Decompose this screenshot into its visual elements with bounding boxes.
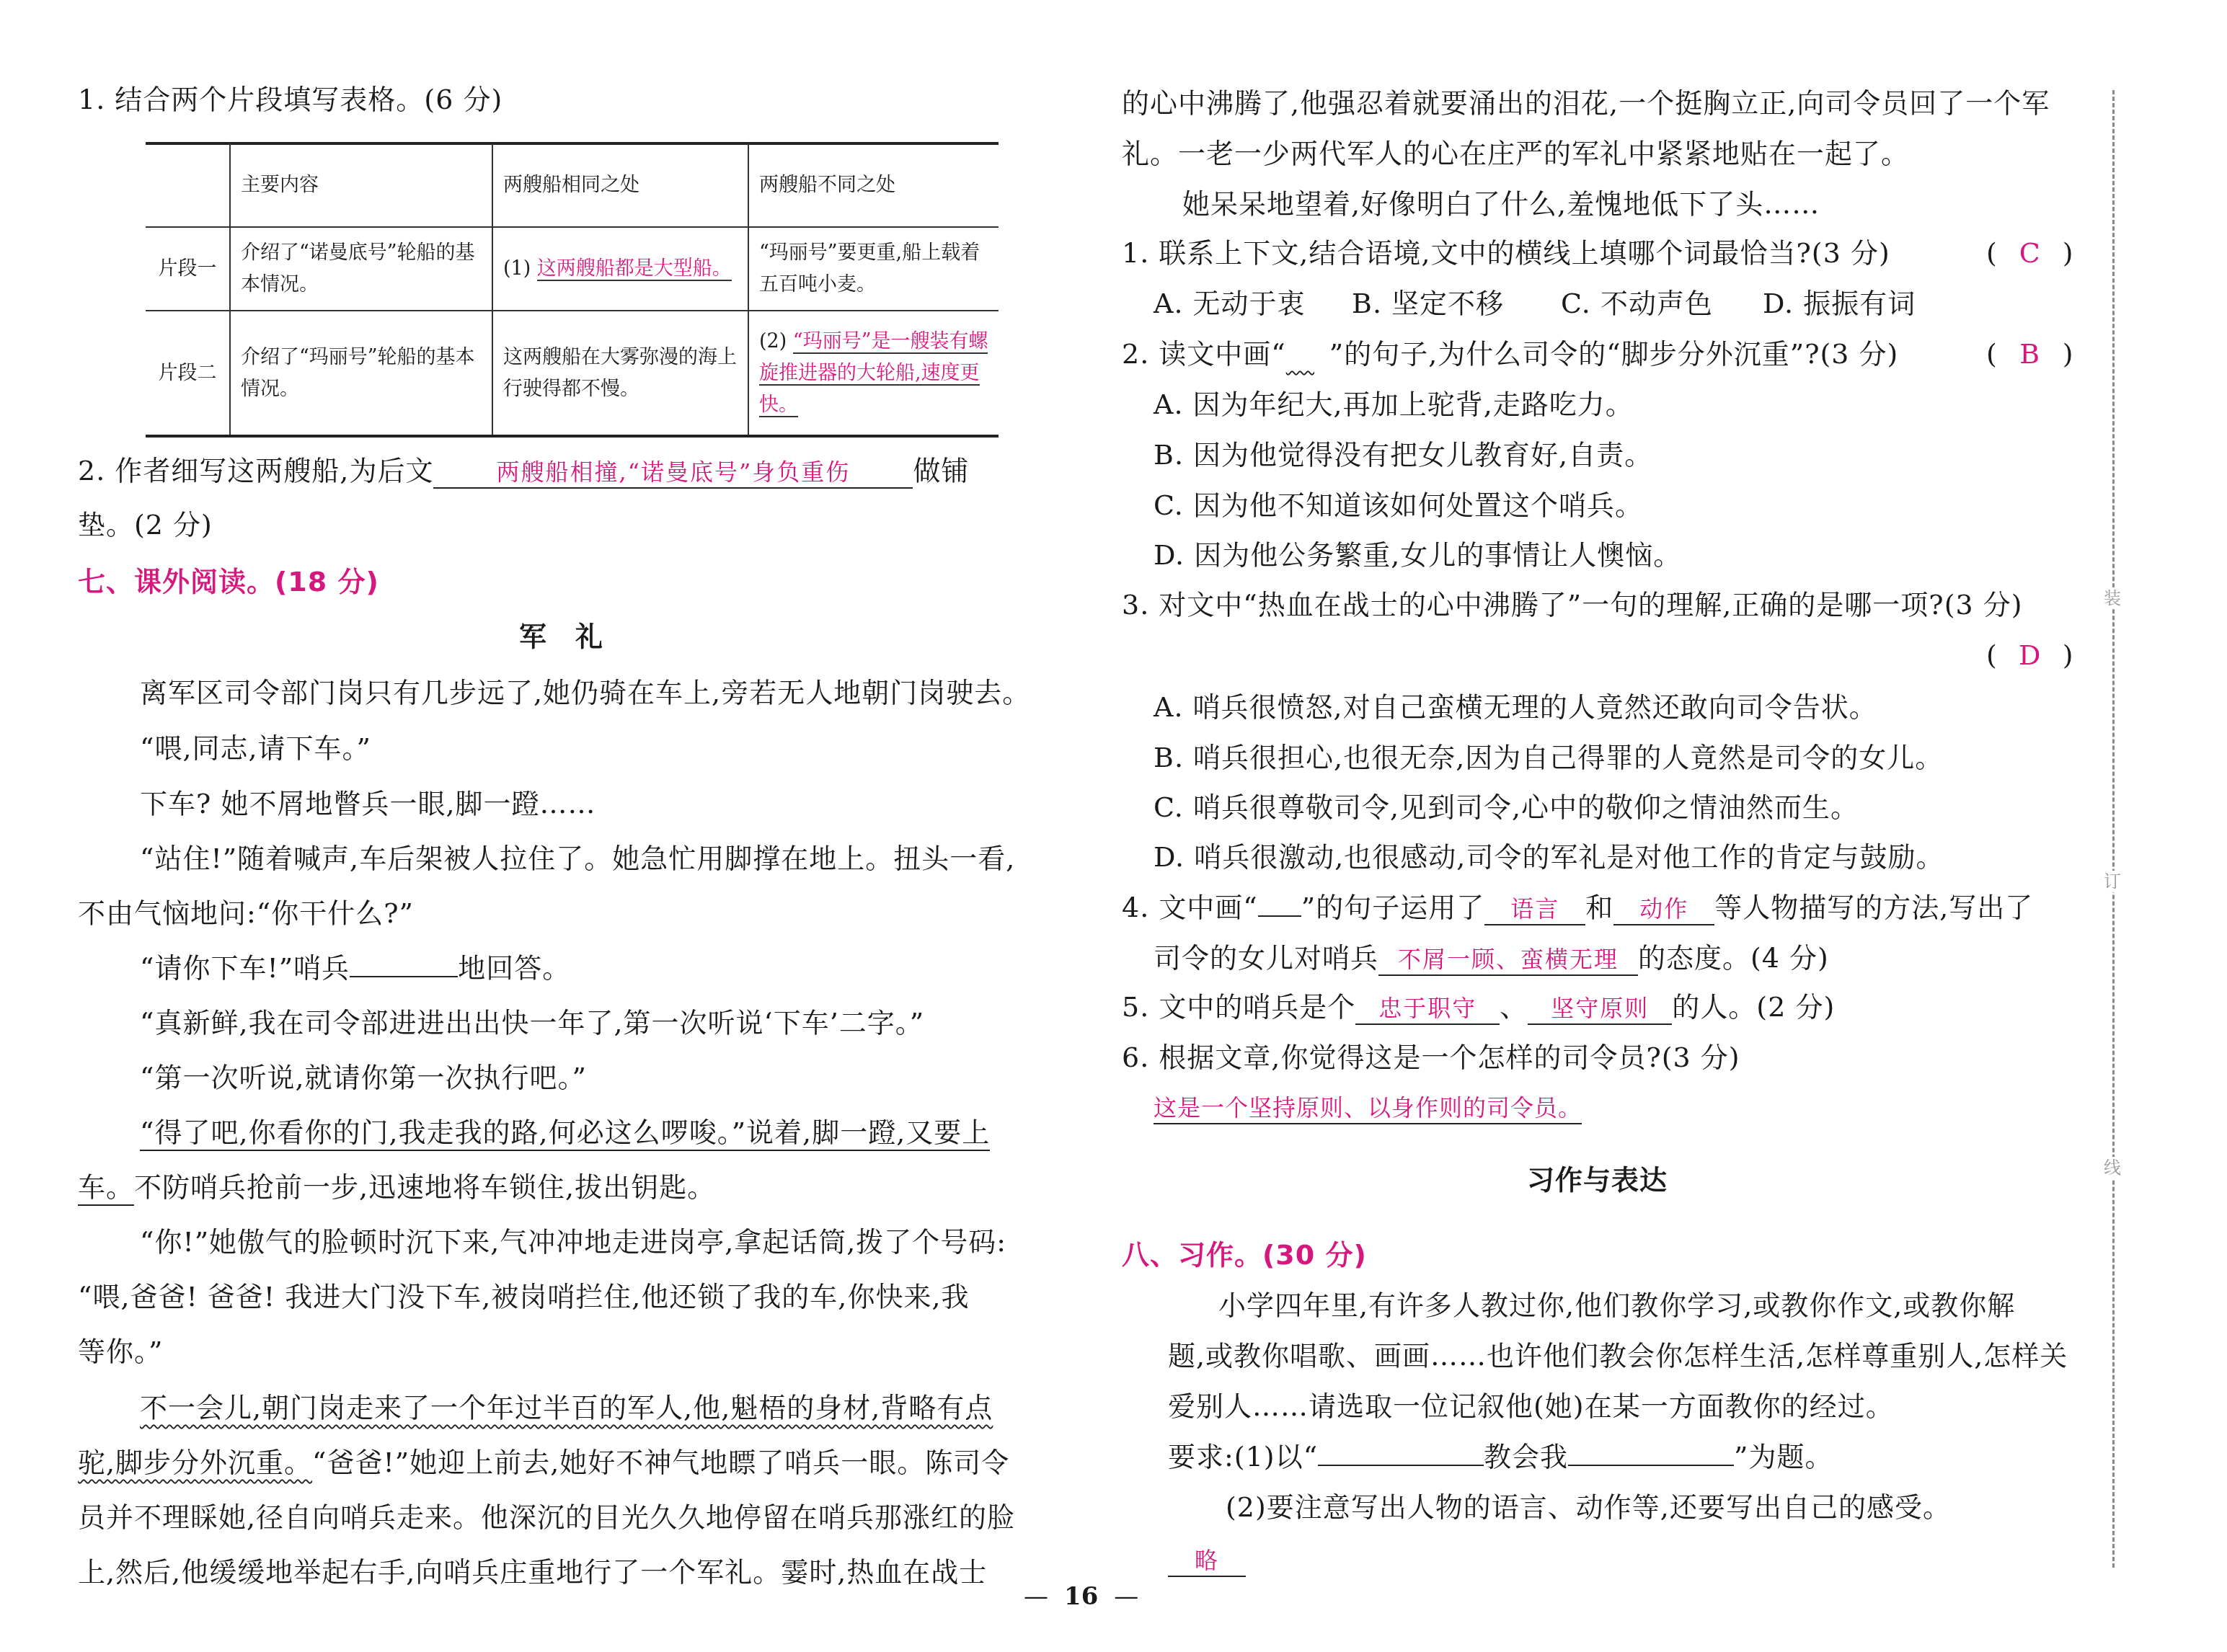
story-continued: 她呆呆地望着,好像明白了什么,羞愧地低下了头…… bbox=[1182, 186, 1820, 222]
option: C. 哨兵很尊敬司令,见到司令,心中的敬仰之情油然而生。 bbox=[1154, 789, 1859, 825]
rq4-text: 和 bbox=[1585, 892, 1613, 923]
answer-same: 这两艘船都是大型船。 bbox=[537, 257, 732, 281]
row-label: 片段一 bbox=[146, 227, 230, 311]
story-paragraph: 离军区司令部门岗只有几步远了,她仍骑在车上,旁若无人地朝门岗驶去。 bbox=[140, 675, 1030, 711]
writing-answer-line: 略 bbox=[1168, 1541, 1246, 1577]
table-header-cell bbox=[146, 143, 230, 227]
margin-char: 装 bbox=[2104, 587, 2121, 609]
rq4-text: 4. 文中画“ bbox=[1122, 892, 1258, 923]
comparison-table: 主要内容 两艘船相同之处 两艘船不同之处 片段一 介绍了“诺曼底号”轮船的基本情… bbox=[146, 143, 999, 438]
story-paragraph: “喂,同志,请下车。” bbox=[140, 730, 371, 766]
req-text: 要求:(1)以“ bbox=[1168, 1441, 1318, 1473]
row-same: (1) 这两艘船都是大型船。 bbox=[492, 227, 748, 311]
answer-diff: “玛丽号”是一艘装有螺旋推进器的大轮船,速度更快。 bbox=[759, 330, 988, 417]
story-title: 军 礼 bbox=[519, 618, 603, 654]
table-header-row: 主要内容 两艘船相同之处 两艘船不同之处 bbox=[146, 143, 999, 227]
story-text: 不防哨兵抢前一步,迅速地将车锁住,拔出钥匙。 bbox=[134, 1171, 715, 1203]
writing-body: 小学四年里,有许多人教过你,他们教你学习,或教你作文,或教你解 bbox=[1218, 1287, 2015, 1323]
q2-answer-blank: 两艘船相撞,“诺曼底号”身负重伤 bbox=[433, 456, 913, 489]
story-text: “爸爸!”她迎上前去,她好不神气地瞟了哨兵一眼。陈司令 bbox=[312, 1447, 1009, 1478]
rq2-text: 2. 读文中画“ bbox=[1122, 338, 1286, 370]
rq4-text: ”的句子运用了 bbox=[1301, 892, 1484, 923]
wavy-mark-icon bbox=[1286, 336, 1329, 372]
q1-prompt: 1. 结合两个片段填写表格。(6 分) bbox=[78, 81, 502, 117]
rq5-answer-1: 忠于职守 bbox=[1378, 995, 1476, 1022]
story-text: “请你下车!”哨兵 bbox=[140, 952, 350, 984]
option: B. 哨兵很担心,也很无奈,因为自己得罪的人竟然是司令的女儿。 bbox=[1154, 740, 1943, 776]
rq4-text: 司令的女儿对哨兵 bbox=[1154, 942, 1378, 974]
q2-text-after: 做铺 bbox=[913, 455, 969, 487]
rq1-prompt: 1. 联系上下文,结合语境,文中的横线上填哪个词最恰当?(3 分) bbox=[1122, 235, 1890, 271]
rq4-blank-1: 语言 bbox=[1484, 892, 1585, 925]
option: C. 因为他不知道该如何处置这个哨兵。 bbox=[1154, 487, 1643, 523]
margin-char: 订 bbox=[2104, 871, 2121, 892]
answer-prefix: (2) bbox=[759, 330, 787, 352]
rq4-blank-3: 不屑一顾、蛮横无理 bbox=[1378, 943, 1638, 976]
story-underlined-line: “得了吧,你看你的门,我走我的路,何必这么啰唆。”说着,脚一蹬,又要上 bbox=[140, 1114, 990, 1150]
rq5-sep: 、 bbox=[1500, 991, 1528, 1023]
fill-blank[interactable] bbox=[350, 976, 458, 977]
rq1-answer-box: (C) bbox=[1986, 235, 2074, 271]
footer-dash: — bbox=[1114, 1582, 1138, 1611]
footer-dash: — bbox=[1024, 1582, 1048, 1611]
rq4-text: 的态度。(4 分) bbox=[1638, 942, 1829, 974]
story-paragraph: 不由气恼地问:“你干什么?” bbox=[78, 895, 414, 931]
section-8-heading: 八、习作。(30 分) bbox=[1122, 1237, 1367, 1273]
row-same: 这两艘船在大雾弥漫的海上行驶得都不慢。 bbox=[492, 311, 748, 436]
story-paragraph: 等你。” bbox=[78, 1333, 163, 1369]
option: A. 因为年纪大,再加上驼背,走路吃力。 bbox=[1154, 386, 1634, 422]
story-blank-line: “请你下车!”哨兵地回答。 bbox=[140, 950, 570, 986]
rq5-blank-2: 坚守原则 bbox=[1528, 992, 1672, 1025]
rq4-line2: 司令的女儿对哨兵不屑一顾、蛮横无理的态度。(4 分) bbox=[1154, 940, 1829, 976]
option: A. 无动于衷 bbox=[1154, 285, 1352, 321]
row-label: 片段二 bbox=[146, 311, 230, 436]
rq3-answer: D bbox=[1998, 637, 2063, 673]
writing-req2: (2)要注意写出人物的语言、动作等,还要写出自己的感受。 bbox=[1226, 1489, 1951, 1525]
option: B. 坚定不移 bbox=[1352, 285, 1561, 321]
rq4-answer-2: 动作 bbox=[1639, 895, 1688, 923]
answer-prefix: (1) bbox=[503, 257, 531, 280]
rq5-text: 的人。(2 分) bbox=[1672, 991, 1835, 1023]
writing-body: 题,或教你唱歌、画画……也许他们教会你怎样生活,怎样尊重别人,怎样关 bbox=[1168, 1338, 2068, 1374]
rq3-prompt: 3. 对文中“热血在战士的心中沸腾了”一句的理解,正确的是哪一项?(3 分) bbox=[1122, 587, 2023, 623]
option: D. 振振有词 bbox=[1763, 288, 1916, 319]
rq2-text: ”的句子,为什么司令的“脚步分外沉重”?(3 分) bbox=[1329, 338, 1899, 370]
option: A. 哨兵很愤怒,对自己蛮横无理的人竟然还敢向司令告状。 bbox=[1154, 689, 1877, 725]
story-paragraph: “第一次听说,就请你第一次执行吧。” bbox=[140, 1060, 587, 1096]
rq4-blank-2: 动作 bbox=[1613, 892, 1714, 925]
table-header-cell: 两艘船相同之处 bbox=[492, 143, 748, 227]
section-7-heading: 七、课外阅读。(18 分) bbox=[78, 564, 379, 600]
q2-line: 2. 作者细写这两艘船,为后文两艘船相撞,“诺曼底号”身负重伤做铺 bbox=[78, 453, 969, 489]
wavy-sentence-end: 驼,脚步分外沉重。 bbox=[78, 1447, 312, 1478]
rq1-options: A. 无动于衷B. 坚定不移C. 不动声色D. 振振有词 bbox=[1154, 285, 1916, 321]
option: D. 哨兵很激动,也很感动,司令的军礼是对他工作的肯定与鼓励。 bbox=[1154, 839, 1944, 875]
binding-dashed-line bbox=[2112, 90, 2115, 1568]
table-header-cell: 主要内容 bbox=[230, 143, 492, 227]
underline-mark-icon bbox=[1258, 915, 1301, 917]
rq5-text: 5. 文中的哨兵是个 bbox=[1122, 991, 1355, 1023]
rq2-answer: B bbox=[1998, 336, 2063, 372]
page-number: 16 bbox=[1064, 1582, 1098, 1611]
rq4-text: 等人物描写的方法,写出了 bbox=[1714, 892, 2033, 923]
req-text: ”为题。 bbox=[1734, 1441, 1833, 1473]
title-blank-2[interactable] bbox=[1568, 1465, 1734, 1466]
option: C. 不动声色 bbox=[1561, 285, 1763, 321]
rq1-answer: C bbox=[1998, 235, 2063, 271]
story-continued: 礼。一老一少两代军人的心在庄严的军礼中紧紧地贴在一起了。 bbox=[1122, 136, 1909, 172]
story-line: 驼,脚步分外沉重。“爸爸!”她迎上前去,她好不神气地瞟了哨兵一眼。陈司令 bbox=[78, 1444, 1009, 1480]
story-paragraph: “喂,爸爸! 爸爸! 我进大门没下车,被岗哨拦住,他还锁了我的车,你快来,我 bbox=[78, 1279, 970, 1315]
story-paragraph: 员并不理睬她,径自向哨兵走来。他深沉的目光久久地停留在哨兵那涨红的脸 bbox=[78, 1499, 1015, 1535]
rq4-answer-3: 不屑一顾、蛮横无理 bbox=[1398, 946, 1619, 973]
row-content: 介绍了“玛丽号”轮船的基本情况。 bbox=[230, 311, 492, 436]
option: D. 因为他公务繁重,女儿的事情让人懊恼。 bbox=[1154, 537, 1681, 573]
q2-answer: 两艘船相撞,“诺曼底号”身负重伤 bbox=[496, 458, 850, 486]
title-blank-1[interactable] bbox=[1318, 1465, 1484, 1466]
wavy-sentence: 不一会儿,朝门岗走来了一个年过半百的军人,他,魁梧的身材,背略有点 bbox=[140, 1392, 993, 1424]
story-paragraph: “真新鲜,我在司令部进进出出快一年了,第一次听说‘下车’二字。” bbox=[140, 1005, 924, 1041]
rq5-line: 5. 文中的哨兵是个忠于职守、坚守原则的人。(2 分) bbox=[1122, 989, 1835, 1025]
story-paragraph: 上,然后,他缓缓地举起右手,向哨兵庄重地行了一个军礼。霎时,热血在战士 bbox=[78, 1554, 987, 1590]
story-continued: 的心中沸腾了,他强忍着就要涌出的泪花,一个挺胸立正,向司令员回了一个军 bbox=[1122, 85, 2050, 121]
rq4-answer-1: 语言 bbox=[1510, 895, 1559, 923]
rq3-answer-box: (D) bbox=[1986, 637, 2074, 673]
story-line: 车。不防哨兵抢前一步,迅速地将车锁住,拔出钥匙。 bbox=[78, 1169, 715, 1205]
table-header-cell: 两艘船不同之处 bbox=[748, 143, 999, 227]
writing-req1: 要求:(1)以“教会我”为题。 bbox=[1168, 1439, 1833, 1475]
table-row: 片段一 介绍了“诺曼底号”轮船的基本情况。 (1) 这两艘船都是大型船。 “玛丽… bbox=[146, 227, 999, 311]
rq2-answer-box: (B) bbox=[1986, 336, 2074, 372]
req-text: 教会我 bbox=[1484, 1441, 1568, 1473]
margin-char: 线 bbox=[2104, 1157, 2121, 1178]
story-text: 地回答。 bbox=[458, 952, 570, 984]
underlined-sentence-end: 车。 bbox=[78, 1171, 134, 1206]
writing-answer-blank: 略 bbox=[1168, 1544, 1246, 1577]
writing-answer: 略 bbox=[1195, 1547, 1219, 1574]
story-paragraph: “站住!”随着喊声,车后架被人拉住了。她急忙用脚撑在地上。扭头一看, bbox=[140, 840, 1015, 876]
row-content: 介绍了“诺曼底号”轮船的基本情况。 bbox=[230, 227, 492, 311]
row-diff: “玛丽号”要更重,船上载着五百吨小麦。 bbox=[748, 227, 999, 311]
writing-body: 爱别人……请选取一位记叙他(她)在某一方面教你的经过。 bbox=[1168, 1388, 1894, 1424]
rq6-answer: 这是一个坚持原则、以身作则的司令员。 bbox=[1154, 1094, 1582, 1124]
option: B. 因为他觉得没有把女儿教育好,自责。 bbox=[1154, 437, 1652, 473]
table-row: 片段二 介绍了“玛丽号”轮船的基本情况。 这两艘船在大雾弥漫的海上行驶得都不慢。… bbox=[146, 311, 999, 436]
rq5-answer-2: 坚守原则 bbox=[1551, 995, 1649, 1022]
q2-text: 2. 作者细写这两艘船,为后文 bbox=[78, 455, 433, 487]
story-paragraph: “你!”她傲气的脸顿时沉下来,气冲冲地走进岗亭,拿起话筒,拨了个号码: bbox=[140, 1224, 1006, 1260]
underlined-sentence: “得了吧,你看你的门,我走我的路,何必这么啰唆。”说着,脚一蹬,又要上 bbox=[140, 1116, 990, 1151]
story-wavy-line: 不一会儿,朝门岗走来了一个年过半百的军人,他,魁梧的身材,背略有点 bbox=[140, 1390, 993, 1426]
rq4-line1: 4. 文中画“”的句子运用了语言和动作等人物描写的方法,写出了 bbox=[1122, 889, 2033, 925]
rq2-prompt: 2. 读文中画“ ”的句子,为什么司令的“脚步分外沉重”?(3 分) bbox=[1122, 336, 1898, 372]
page-footer: —16— bbox=[1024, 1582, 1138, 1611]
story-paragraph: 下车? 她不屑地瞥兵一眼,脚一蹬…… bbox=[140, 786, 596, 822]
q2-cont: 垫。(2 分) bbox=[78, 507, 213, 543]
writing-section-title: 习作与表达 bbox=[1527, 1162, 1668, 1198]
row-diff: (2) “玛丽号”是一艘装有螺旋推进器的大轮船,速度更快。 bbox=[748, 311, 999, 436]
rq5-blank-1: 忠于职守 bbox=[1355, 992, 1500, 1025]
rq6-answer-line: 这是一个坚持原则、以身作则的司令员。 bbox=[1154, 1090, 1582, 1126]
rq6-prompt: 6. 根据文章,你觉得这是一个怎样的司令员?(3 分) bbox=[1122, 1039, 1740, 1075]
